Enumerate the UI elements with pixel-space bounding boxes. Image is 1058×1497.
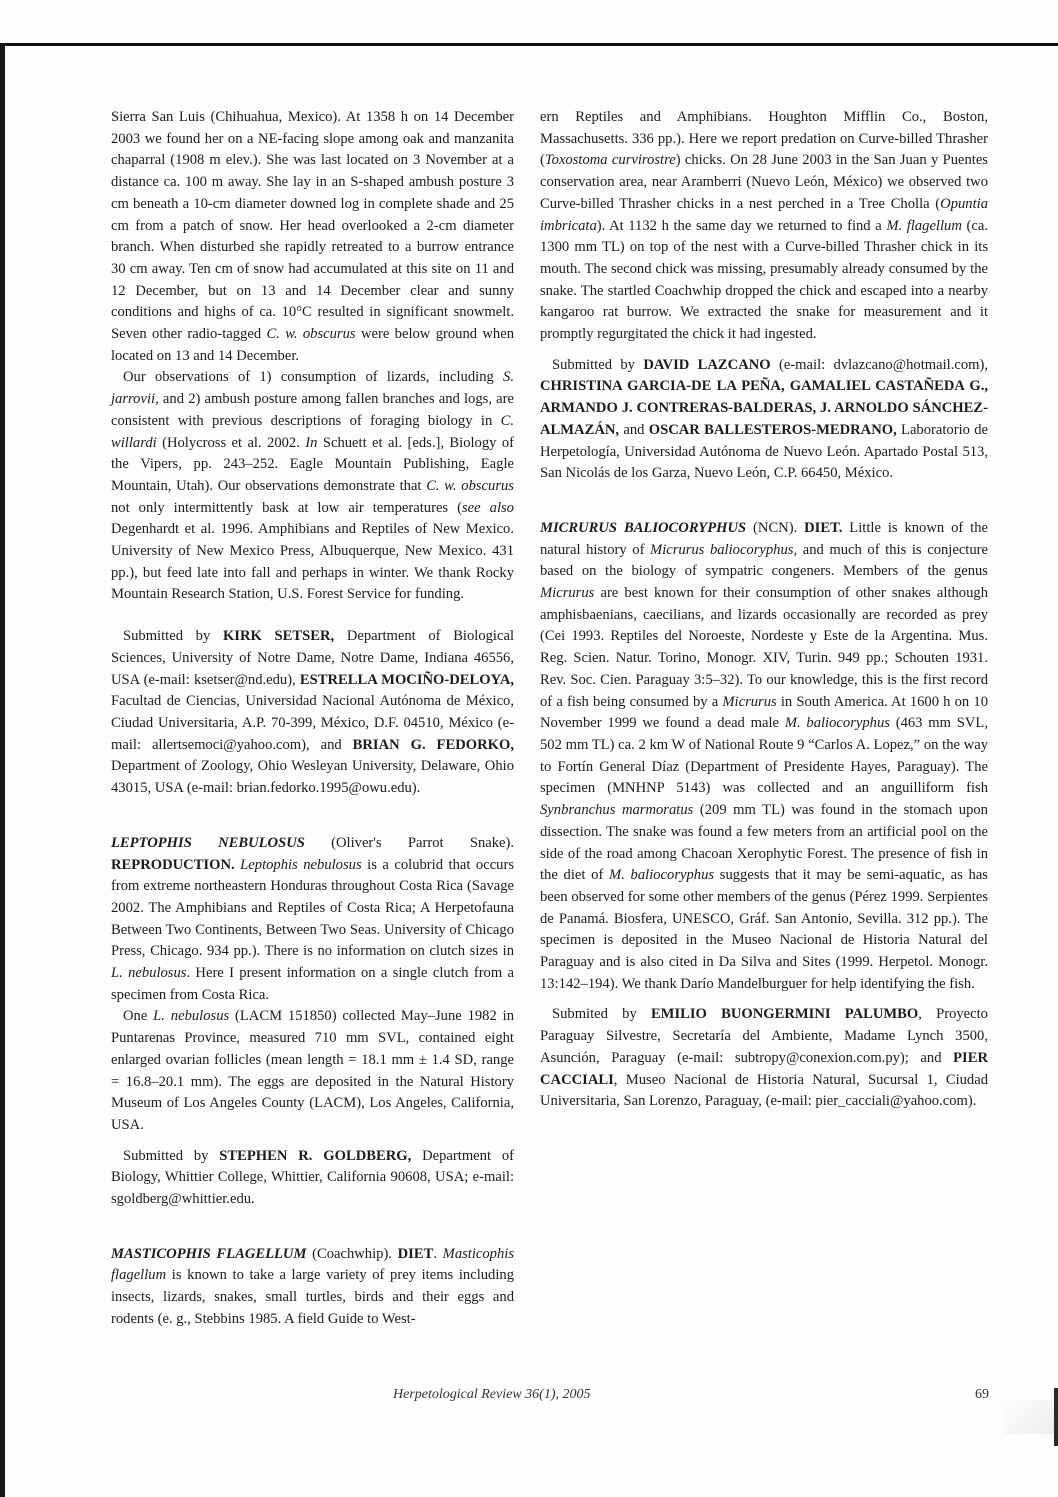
journal-citation: Herpetological Review 36(1), 2005 <box>393 1387 591 1403</box>
scan-top-border <box>0 43 1058 46</box>
species-heading: MICRURUS BALIOCORYPHUS <box>540 520 746 536</box>
paragraph-spacer <box>111 606 514 626</box>
author-name: ESTRELLA MOCIÑO-DELOYA, <box>300 672 514 688</box>
paragraph-crotalus-cont-p2: Our observations of 1) consumption of li… <box>111 367 514 606</box>
text-run: , and 2) ambush posture among fallen bra… <box>111 391 514 429</box>
paragraph-spacer <box>540 346 988 355</box>
author-name: DIET <box>398 1246 434 1262</box>
text-run: Submitted by <box>123 1148 219 1164</box>
paragraph-masticophis-submitted: Submitted by DAVID LAZCANO (e-mail: dvla… <box>540 355 988 485</box>
paragraph-spacer <box>111 800 514 833</box>
author-name: BRIAN G. FEDORKO, <box>353 737 514 753</box>
left-column: Sierra San Luis (Chihuahua, Mexico). At … <box>111 107 514 1331</box>
species-heading: LEPTOPHIS NEBULOSUS <box>111 835 305 851</box>
text-run: One <box>123 1008 153 1024</box>
text-run: . <box>433 1246 442 1262</box>
italic-term: M. baliocoryphus <box>609 867 714 883</box>
text-run: (NCN). <box>746 520 804 536</box>
italic-term: L. nebulosus <box>111 965 186 981</box>
text-run: Degenhardt et al. 1996. Amphibians and R… <box>111 521 514 602</box>
italic-term: Leptophis nebulosus <box>240 857 361 873</box>
text-run: ). At 1132 h the same day we returned to… <box>597 218 887 234</box>
italic-term: M. baliocoryphus <box>785 715 890 731</box>
paragraph-spacer <box>111 1211 514 1244</box>
text-run: are best known for their consumption of … <box>540 585 988 710</box>
italic-term: Synbranchus marmoratus <box>540 802 693 818</box>
italic-term: M. flagellum <box>886 218 962 234</box>
text-run: (LACM 151850) collected May–June 1982 in… <box>111 1008 514 1133</box>
text-run: Our observations of 1) consumption of li… <box>123 369 503 385</box>
scan-left-border <box>0 43 5 1497</box>
italic-term: see also <box>462 500 514 516</box>
paragraph-crotalus-submitted: Submitted by KIRK SETSER, Department of … <box>111 626 514 800</box>
page-number: 69 <box>975 1387 989 1403</box>
text-run: Submitted by <box>552 357 643 373</box>
text-run: suggests that it may be semi-aquatic, as… <box>540 867 988 992</box>
paragraph-spacer <box>540 485 988 518</box>
text-run: (Coachwhip). <box>306 1246 397 1262</box>
italic-term: C. w. obscurus <box>426 478 514 494</box>
paragraph-leptophis-p2: One L. nebulosus (LACM 151850) collected… <box>111 1006 514 1136</box>
author-name: REPRODUCTION. <box>111 857 235 873</box>
species-heading: MASTICOPHIS FLAGELLUM <box>111 1246 306 1262</box>
paragraph-leptophis-submitted: Submitted by STEPHEN R. GOLDBERG, Depart… <box>111 1146 514 1211</box>
paragraph-masticophis-cont: ern Reptiles and Amphibians. Houghton Mi… <box>540 107 988 346</box>
page-footer: Herpetological Review 36(1), 2005 69 <box>0 1387 1058 1411</box>
italic-term: Toxostoma curvirostre <box>545 152 676 168</box>
italic-term: Micrurus <box>540 585 594 601</box>
paragraph-crotalus-cont-p1: Sierra San Luis (Chihuahua, Mexico). At … <box>111 107 514 367</box>
italic-term: Micrurus baliocoryphus <box>650 542 793 558</box>
text-run: Sierra San Luis (Chihuahua, Mexico). At … <box>111 109 514 342</box>
paragraph-spacer <box>111 1137 514 1146</box>
author-name: DAVID LAZCANO <box>643 357 770 373</box>
paragraph-spacer <box>540 995 988 1004</box>
text-run: (ca. 1300 mm TL) on top of the nest with… <box>540 218 988 343</box>
italic-term: Micrurus <box>722 694 776 710</box>
text-run: (Holycross et al. 2002. <box>157 435 306 451</box>
text-run: not only intermittently bask at low air … <box>111 500 462 516</box>
paragraph-masticophis-p1: MASTICOPHIS FLAGELLUM (Coachwhip). DIET.… <box>111 1244 514 1331</box>
paragraph-leptophis-p1: LEPTOPHIS NEBULOSUS (Oliver's Parrot Sna… <box>111 833 514 1007</box>
text-run: and <box>619 422 649 438</box>
author-name: EMILIO BUONGERMINI PALUMBO <box>651 1006 918 1022</box>
text-run: Submitted by <box>123 628 223 644</box>
text-run: Department of Zoology, Ohio Wesleyan Uni… <box>111 758 514 796</box>
italic-term: C. w. obscurus <box>266 326 355 342</box>
author-name: OSCAR BALLESTEROS-MEDRANO, <box>649 422 897 438</box>
italic-term: In <box>305 435 317 451</box>
italic-term: L. nebulosus <box>153 1008 229 1024</box>
paragraph-micrurus-p1: MICRURUS BALIOCORYPHUS (NCN). DIET. Litt… <box>540 518 988 995</box>
text-run: (e-mail: dvlazcano@hotmail.com), <box>771 357 988 373</box>
text-run: Submited by <box>552 1006 651 1022</box>
text-run: (Oliver's Parrot Snake). <box>305 835 514 851</box>
right-column: ern Reptiles and Amphibians. Houghton Mi… <box>540 107 988 1113</box>
author-name: KIRK SETSER, <box>223 628 334 644</box>
paragraph-micrurus-submitted: Submited by EMILIO BUONGERMINI PALUMBO, … <box>540 1004 988 1113</box>
author-name: DIET. <box>804 520 842 536</box>
text-run: is known to take a large variety of prey… <box>111 1267 514 1326</box>
author-name: STEPHEN R. GOLDBERG, <box>219 1148 411 1164</box>
